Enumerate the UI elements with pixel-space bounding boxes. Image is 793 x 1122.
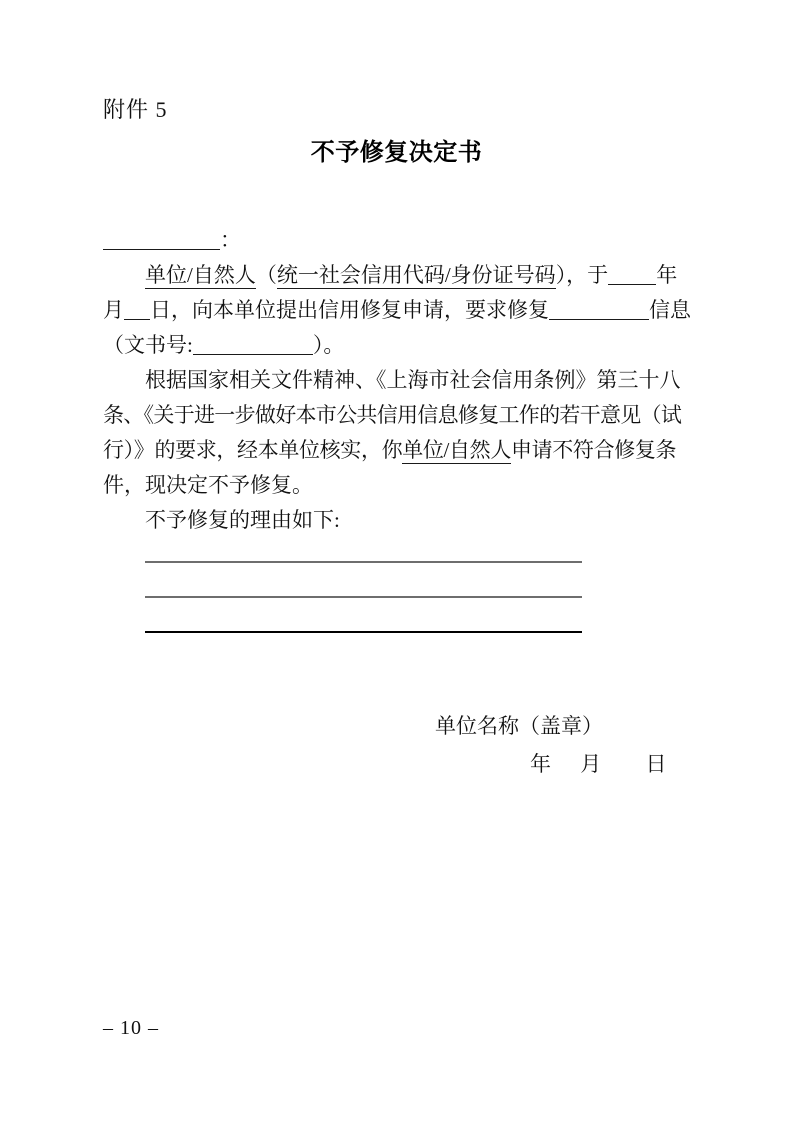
- text-run: ），于: [556, 263, 609, 287]
- text-run: ：: [220, 228, 241, 252]
- page-number: – 10 –: [103, 1016, 159, 1040]
- text-run: ）。: [313, 333, 345, 357]
- reason-blank-line-1: [145, 561, 582, 563]
- document-body: ：单位/自然人（统一社会信用代码/身份证号码），于年月日，向本单位提出信用修复申…: [103, 223, 692, 538]
- signature-date-line: 年 月 日: [530, 750, 667, 778]
- reason-heading-line: 不予修复的理由如下:: [103, 503, 692, 538]
- document-title: 不予修复决定书: [0, 139, 793, 167]
- blank-day: [124, 298, 150, 320]
- blank-year: [608, 263, 656, 285]
- paragraph1-line2: 月日，向本单位提出信用修复申请，要求修复信息: [103, 293, 692, 328]
- paragraph2-line2: 条、《关于进一步做好本市公共信用信息修复工作的若干意见（试: [103, 398, 692, 433]
- blank-recipient-name: [103, 228, 220, 250]
- underlined-text: 单位/自然人: [402, 438, 511, 464]
- attachment-label: 附件 5: [103, 97, 168, 123]
- text-run: 行）》的要求，经本单位核实，你: [103, 438, 402, 462]
- text-run: 日，向本单位提出信用修复申请，要求修复: [150, 298, 549, 322]
- signature-unit-name: 单位名称（盖章）: [435, 712, 603, 740]
- text-run: 件，现决定不予修复。: [103, 473, 313, 497]
- reason-blank-line-2: [145, 596, 582, 598]
- signature-date-day: 日: [646, 752, 667, 776]
- blank-info-type: [549, 298, 649, 320]
- text-run: 条、《关于进一步做好本市公共信用信息修复工作的若干意见（试: [103, 403, 681, 427]
- signature-date-year: 年: [530, 752, 551, 776]
- text-run: （文书号:: [103, 333, 193, 357]
- blank-doc-number: [193, 333, 313, 355]
- reason-blank-line-3: [145, 631, 582, 633]
- signature-date-month: 月: [580, 752, 601, 776]
- text-run: 年: [656, 263, 677, 287]
- salutation-line: ：: [103, 223, 692, 258]
- text-run: （: [256, 263, 277, 287]
- paragraph2-line4: 件，现决定不予修复。: [103, 468, 692, 503]
- text-run: 月: [103, 298, 124, 322]
- underlined-text: 单位/自然人: [145, 263, 256, 289]
- paragraph2-line1: 根据国家相关文件精神、《上海市社会信用条例》第三十八: [103, 363, 692, 398]
- paragraph1-line1: 单位/自然人（统一社会信用代码/身份证号码），于年: [103, 258, 692, 293]
- text-run: 不予修复的理由如下:: [145, 508, 340, 532]
- paragraph2-line3: 行）》的要求，经本单位核实，你单位/自然人申请不符合修复条: [103, 433, 692, 468]
- text-run: 根据国家相关文件精神、《上海市社会信用条例》第三十八: [145, 368, 681, 392]
- document-page: 附件 5 不予修复决定书 ：单位/自然人（统一社会信用代码/身份证号码），于年月…: [0, 0, 793, 1122]
- paragraph1-line3: （文书号:）。: [103, 328, 692, 363]
- text-run: 申请不符合修复条: [511, 438, 676, 462]
- underlined-text: 统一社会信用代码/身份证号码: [277, 263, 556, 289]
- text-run: 信息: [649, 298, 691, 322]
